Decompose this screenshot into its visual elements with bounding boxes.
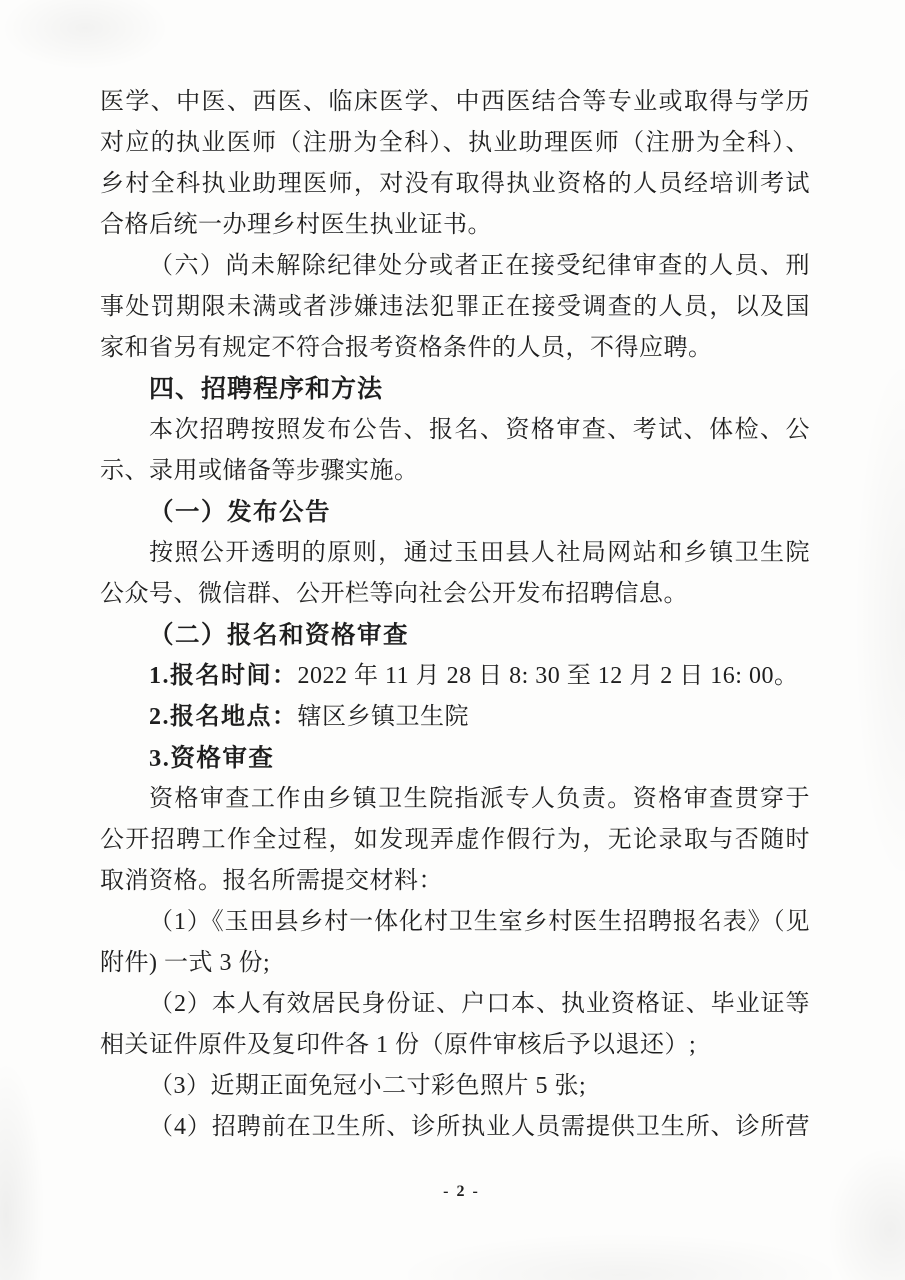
page-number: - 2 - [0,1183,905,1201]
body-line-material-1: （1）《玉田县乡村一体化村卫生室乡村医生招聘报名表》（见 [100,902,810,943]
signup-place-label: 2.报名地点： [149,704,298,730]
body-line: 乡村全科执业助理医师，对没有取得执业资格的人员经培训考试 [100,164,810,205]
body-line: 取消资格。报名所需提交材料： [100,861,810,902]
body-line-item-6: （六）尚未解除纪律处分或者正在接受纪律审查的人员、刑 [100,246,810,287]
body-line: 公开招聘工作全过程，如发现弄虚作假行为，无论录取与否随时 [100,820,810,861]
scanned-document-page: { "page": { "page_number": "- 2 -" }, "d… [0,0,905,1280]
body-line: 资格审查工作由乡镇卫生院指派专人负责。资格审查贯穿于 [100,779,810,820]
heading-subsection-1: （一）发布公告 [100,492,810,533]
body-line: 本次招聘按照发布公告、报名、资格审查、考试、体检、公 [100,410,810,451]
body-line: 医学、中医、西医、临床医学、中西医结合等专业或取得与学历 [100,82,810,123]
body-line: 相关证件原件及复印件各 1 份（原件审核后予以退还）; [100,1025,810,1066]
body-line-material-3: （3）近期正面免冠小二寸彩色照片 5 张; [100,1066,810,1107]
body-line-signup-time: 1.报名时间：2022 年 11 月 28 日 8: 30 至 12 月 2 日… [100,656,810,697]
body-line-material-2: （2）本人有效居民身份证、户口本、执业资格证、毕业证等 [100,984,810,1025]
document-body: 医学、中医、西医、临床医学、中西医结合等专业或取得与学历 对应的执业医师（注册为… [100,82,810,1148]
signup-time-label: 1.报名时间： [149,663,298,689]
signup-place-value: 辖区乡镇卫生院 [298,704,470,730]
body-line: 事处罚期限未满或者涉嫌违法犯罪正在接受调查的人员，以及国 [100,287,810,328]
body-line-material-4: （4）招聘前在卫生所、诊所执业人员需提供卫生所、诊所营 [100,1107,810,1148]
heading-subsection-2: （二）报名和资格审查 [100,615,810,656]
body-line: 合格后统一办理乡村医生执业证书。 [100,205,810,246]
body-line: 对应的执业医师（注册为全科）、执业助理医师（注册为全科）、 [100,123,810,164]
body-line: 家和省另有规定不符合报考资格条件的人员，不得应聘。 [100,328,810,369]
heading-qualification-review: 3.资格审查 [100,738,810,779]
body-line: 按照公开透明的原则，通过玉田县人社局网站和乡镇卫生院 [100,533,810,574]
body-line: 示、录用或储备等步骤实施。 [100,451,810,492]
body-line-signup-place: 2.报名地点：辖区乡镇卫生院 [100,697,810,738]
heading-section-4: 四、招聘程序和方法 [100,369,810,410]
body-line: 附件) 一式 3 份; [100,943,810,984]
signup-time-value: 2022 年 11 月 28 日 8: 30 至 12 月 2 日 16: 00… [298,663,799,689]
body-line: 公众号、微信群、公开栏等向社会公开发布招聘信息。 [100,574,810,615]
